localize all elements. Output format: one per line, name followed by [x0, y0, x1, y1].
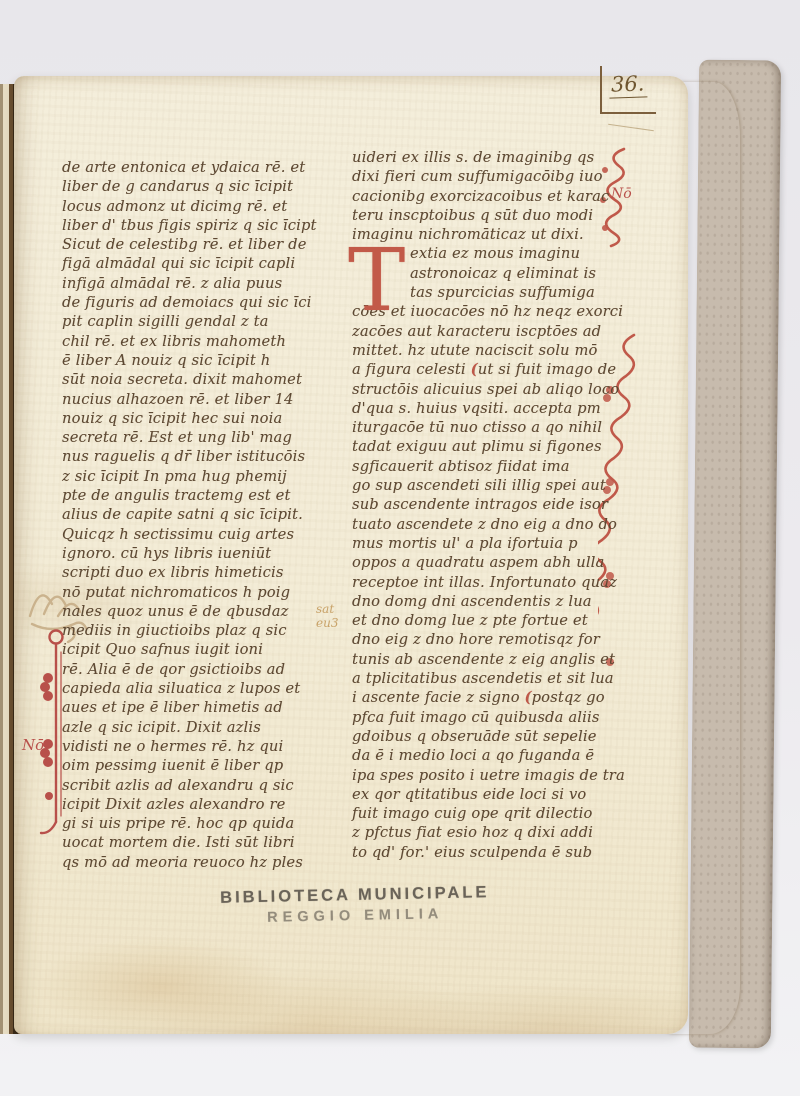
- manuscript-text-line: a tplicitatibus ascendetis et sit lua: [352, 669, 650, 688]
- manuscript-text-line: dixi fieri cum suffumigacōibg iuo: [352, 167, 650, 186]
- manuscript-text-line: ex qor qtitatibus eide loci si vo: [352, 785, 650, 804]
- manuscript-text-line: da ē i medio loci a qo fuganda ē: [352, 746, 650, 765]
- manuscript-text-line: aues et ipe ē liber himetis ad: [62, 698, 348, 717]
- manuscript-text-line: pfca fuit imago cū quibusda aliis: [352, 708, 650, 727]
- manuscript-text-line: icipit Dixit azles alexandro re: [62, 795, 348, 814]
- manuscript-text-line: uocat mortem die. Isti sūt libri: [62, 833, 348, 852]
- manuscript-text-line: mus mortis ul' a pla ifortuia p: [352, 534, 650, 553]
- manuscript-text-line: infigā almādal rē. z alia puus: [62, 274, 348, 293]
- manuscript-text-line: uideri ex illis s. de imaginibg qs: [352, 148, 650, 167]
- manuscript-text-line: mittet. hz utute naciscit solu mō: [352, 341, 650, 360]
- manuscript-text-line: de figuris ad demoiacs qui sic īci: [62, 293, 348, 312]
- manuscript-text-line: liber de g candarus q sic īcipit: [62, 177, 348, 196]
- manuscript-text-line: nouiz q sic īcipit hec sui noia: [62, 409, 348, 428]
- manuscript-text-line: scripti duo ex libris himeticis: [62, 563, 348, 582]
- manuscript-text-line: alius de capite satni q sic īcipit.: [62, 505, 348, 524]
- folio-number-bracket: 36.: [600, 66, 656, 114]
- manuscript-text-line: structōis alicuius spei ab aliqo loco: [352, 380, 650, 399]
- manuscript-text-line: qs mō ad meoria reuoco hz ples: [62, 853, 348, 872]
- manuscript-photo: 36.: [0, 0, 800, 1096]
- manuscript-text-line: d'qua s. huius vqsiti. accepta pm: [352, 399, 650, 418]
- manuscript-text-line: nus raguelis q dr̄ liber istitucōis: [62, 447, 348, 466]
- manuscript-text-line: receptoe int illas. Infortunato quaz: [352, 573, 650, 592]
- library-stamp: BIBLIOTECA MUNICIPALE REGGIO EMILIA: [190, 883, 521, 928]
- manuscript-text-line: dno eig z dno hore remotisqz for: [352, 630, 650, 649]
- manuscript-text-line: secreta rē. Est et ung lib' mag: [62, 428, 348, 447]
- manuscript-text-line: locus admonz ut dicimg rē. et: [62, 197, 348, 216]
- manuscript-text-line: capieda alia siluatica z lupos et: [62, 679, 348, 698]
- folio-number: 36.: [609, 71, 648, 98]
- manuscript-text-line: et dno domg lue z pte fortue et: [352, 611, 650, 630]
- manuscript-text-line: chil rē. et ex libris mahometh: [62, 332, 348, 351]
- manuscript-text-line: mediis in giuctioibs plaz q sic: [62, 621, 348, 640]
- manuscript-text-line: ignoro. cū hys libris iueniūt: [62, 544, 348, 563]
- manuscript-text-line: pit caplin sigilli gendal z ta: [62, 312, 348, 331]
- manuscript-text-line: Quicqz h sectissimu cuig artes: [62, 525, 348, 544]
- manuscript-text-line: Sicut de celestibg rē. et liber de: [62, 235, 348, 254]
- manuscript-text-line: iturgacōe tū nuo ctisso a qo nihil: [352, 418, 650, 437]
- manuscript-text-line: astronoicaz q eliminat is: [410, 264, 650, 283]
- manuscript-text-line: go sup ascendeti sili illig spei aut: [352, 476, 650, 495]
- manuscript-text-line: oim pessimg iuenit ē liber qp: [62, 756, 348, 775]
- rubric-initial-T: T: [348, 242, 408, 338]
- intercolumn-gloss: sat eu3: [316, 602, 338, 630]
- manuscript-text-line: ipa spes posito i uetre imagis de tra: [352, 766, 650, 785]
- manuscript-text-line: nō putat nichromaticos h poig: [62, 583, 348, 602]
- manuscript-text-line: tadat exiguu aut plimu si figones: [352, 437, 650, 456]
- manuscript-text-line: nales quoz unus ē de qbusdaz: [62, 602, 348, 621]
- manuscript-text-line: extia ez mous imaginu: [410, 244, 650, 263]
- manuscript-text-line: pte de angulis tractemg est et: [62, 486, 348, 505]
- manuscript-text-line: icipit Quo safnus iugit ioni: [62, 640, 348, 659]
- manuscript-text-line: gi si uis pripe rē. hoc qp quida: [62, 814, 348, 833]
- manuscript-text-line: ē liber A nouiz q sic īcipit h: [62, 351, 348, 370]
- manuscript-text-line: i ascente facie z signo (postqz go: [352, 688, 650, 707]
- manuscript-text-line: de arte entonica et ydaica rē. et: [62, 158, 348, 177]
- manuscript-text-line: sūt noia secreta. dixit mahomet: [62, 370, 348, 389]
- manuscript-text-line: scribit azlis ad alexandru q sic: [62, 776, 348, 795]
- manuscript-text-line: dno domg dni ascendentis z lua: [352, 592, 650, 611]
- manuscript-text-line: tas spurcicias suffumiga: [410, 283, 650, 302]
- manuscript-text-line: z pfctus fiat esio hoz q dixi addi: [352, 823, 650, 842]
- nota-mark-left: Nō: [22, 736, 44, 754]
- manuscript-text-line: rē. Alia ē de qor gsictioibs ad: [62, 660, 348, 679]
- manuscript-text-line: liber d' tbus figis spiriz q sic īcipt: [62, 216, 348, 235]
- manuscript-text-line: teru inscptoibus q sūt duo modi: [352, 206, 650, 225]
- manuscript-text-line: vidisti ne o hermes rē. hz qui: [62, 737, 348, 756]
- text-column-left: de arte entonica et ydaica rē. etliber d…: [62, 158, 348, 872]
- manuscript-text-line: a figura celesti (ut si fuit imago de: [352, 360, 650, 379]
- manuscript-text-line: azle q sic icipit. Dixit azlis: [62, 718, 348, 737]
- manuscript-text-line: fuit imago cuig ope qrit dilectio: [352, 804, 650, 823]
- manuscript-text-line: to qd' for.' eius sculpenda ē sub: [352, 843, 650, 862]
- manuscript-text-line: gdoibus q obseruāde sūt sepelie: [352, 727, 650, 746]
- manuscript-text-line: cacionibg exorcizacoibus et karac: [352, 187, 650, 206]
- manuscript-text-line: oppos a quadratu aspem abh ulla: [352, 553, 650, 572]
- manuscript-text-line: tuato ascendete z dno eig a dno do: [352, 515, 650, 534]
- manuscript-text-line: sgficauerit abtisoz fiidat ima: [352, 457, 650, 476]
- manuscript-text-line: nucius alhazoen rē. et liber 14: [62, 390, 348, 409]
- manuscript-text-line: tunis ab ascendente z eig anglis et: [352, 650, 650, 669]
- manuscript-text-line: figā almādal qui sic īcipit capli: [62, 254, 348, 273]
- nota-mark-right: Nō: [611, 186, 632, 202]
- manuscript-text-line: sub ascendente intragos eide isor: [352, 495, 650, 514]
- gloss-line-2: eu3: [316, 616, 338, 630]
- manuscript-text-line: z sic īcipit In pma hug phemij: [62, 467, 348, 486]
- gloss-line-1: sat: [316, 602, 338, 616]
